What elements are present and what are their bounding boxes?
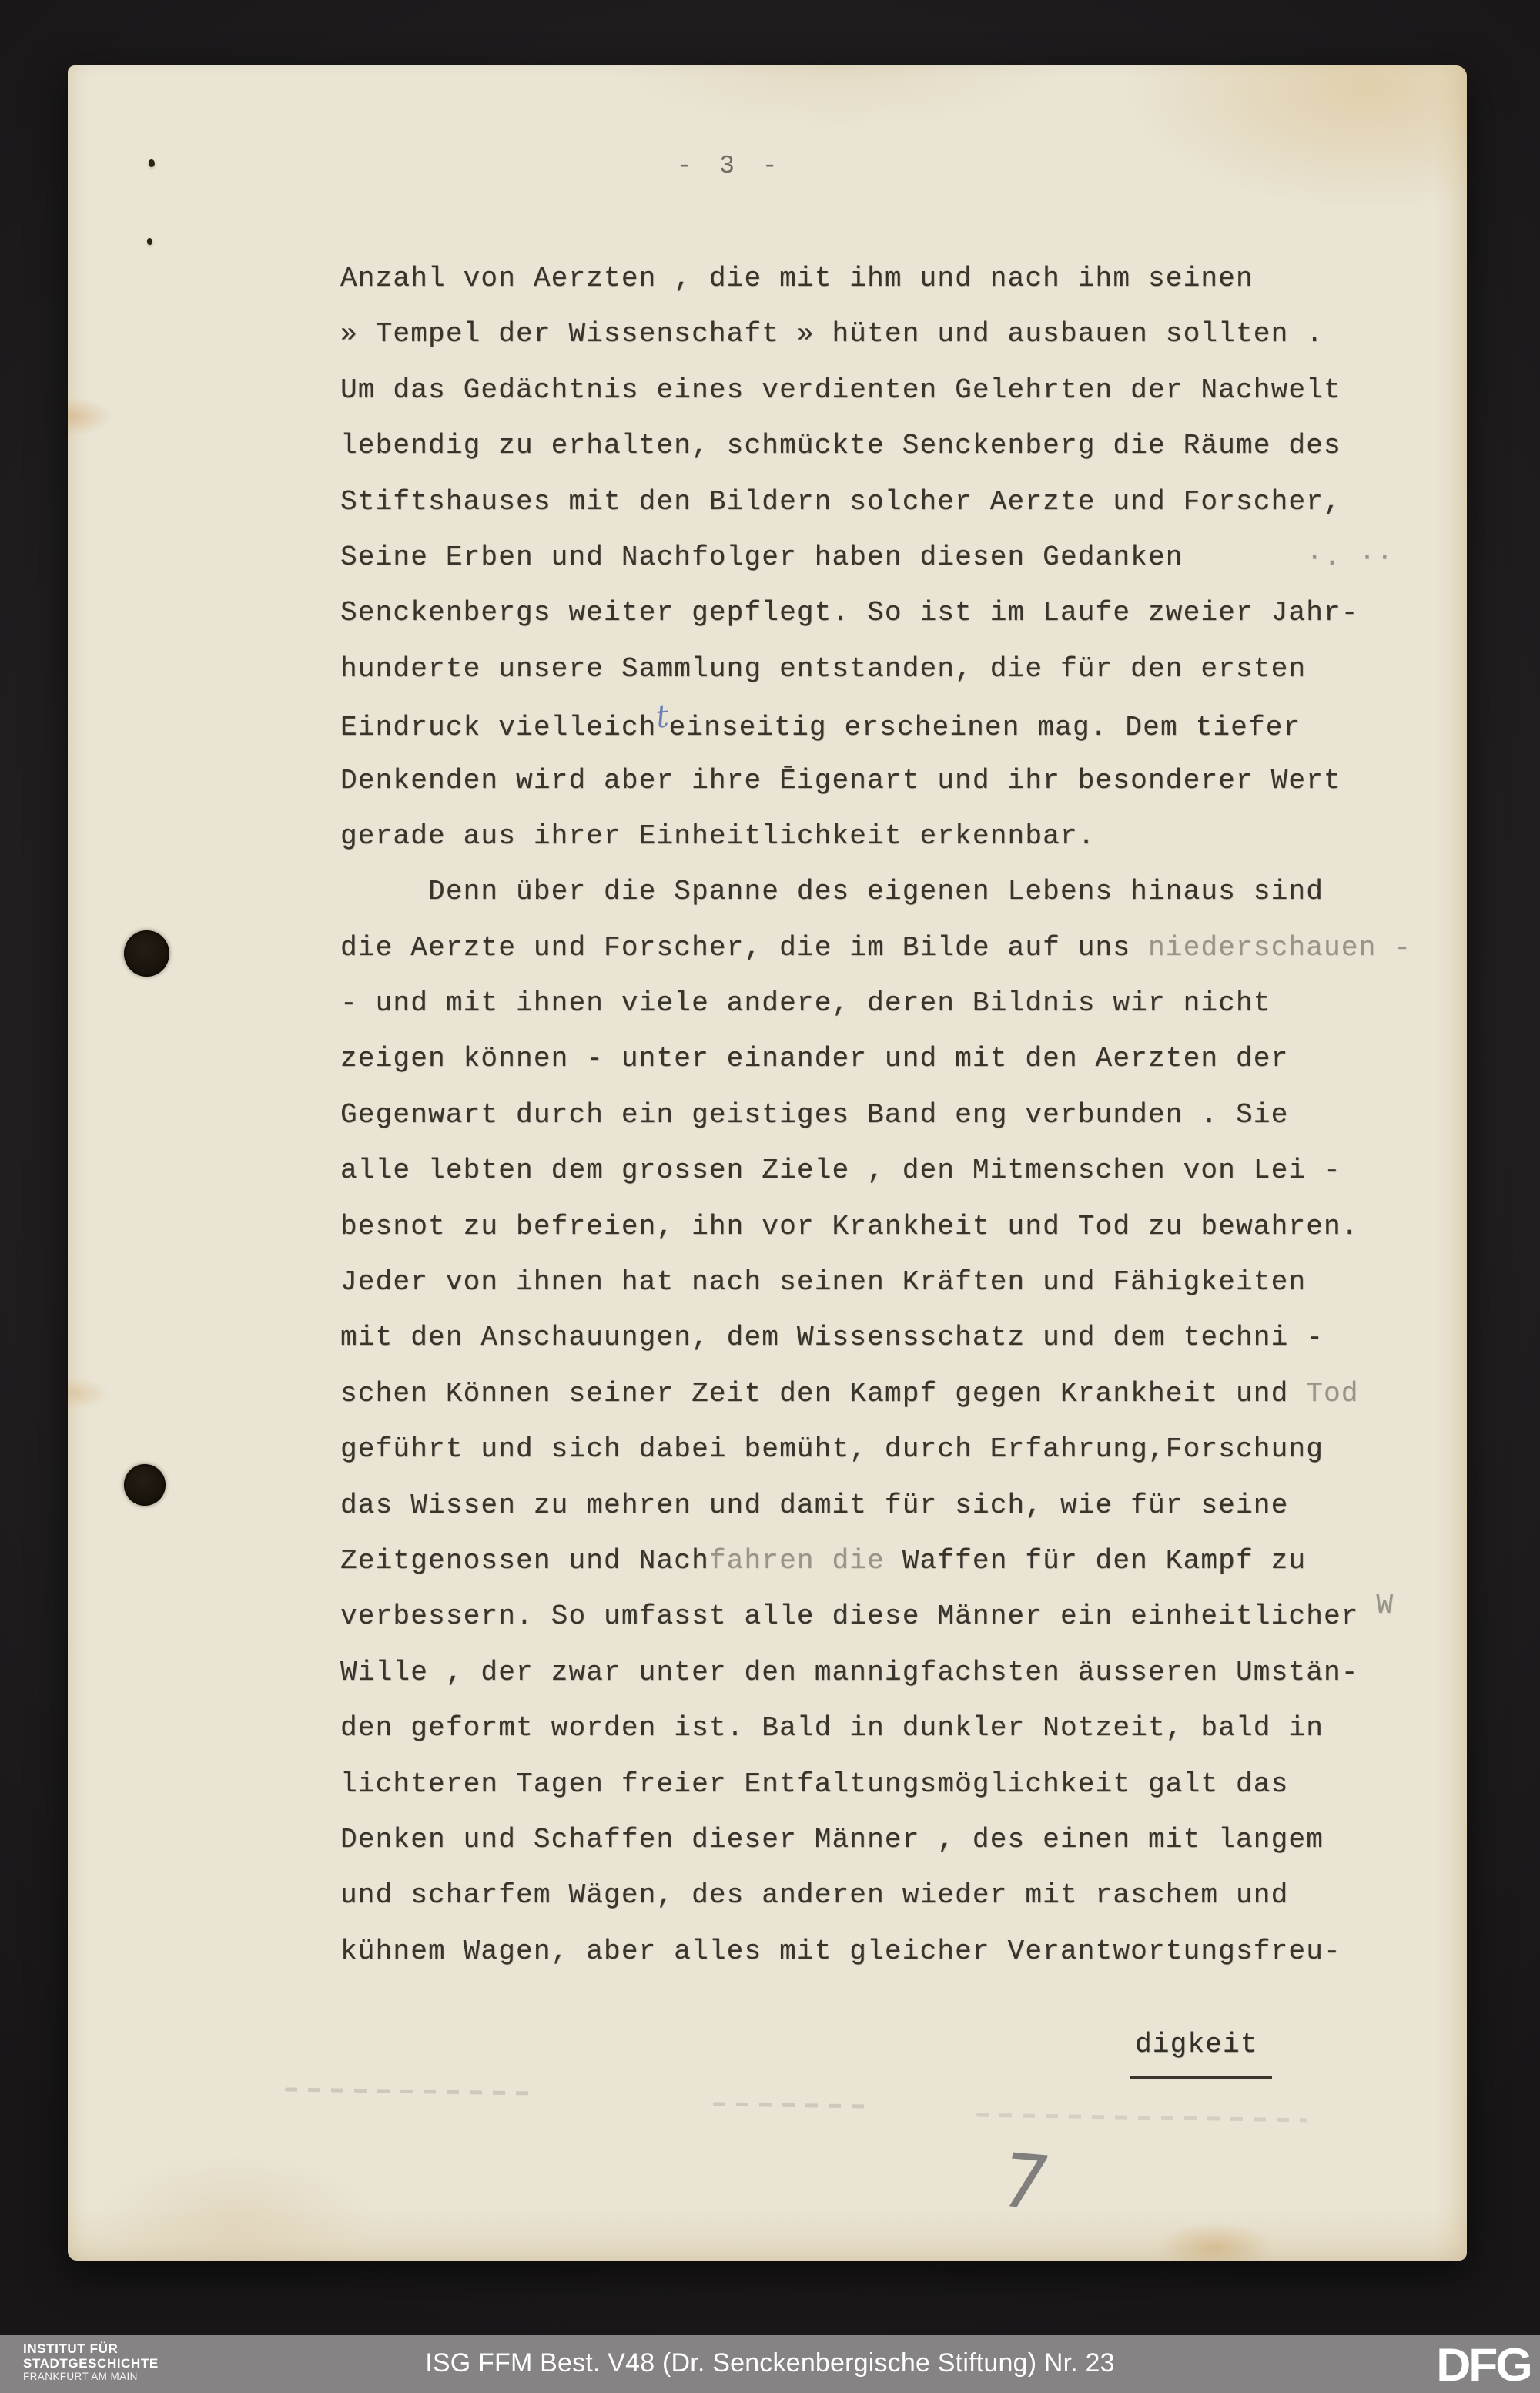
typed-line: mit den Anschauungen, dem Wissensschatz … xyxy=(340,1310,1465,1366)
typed-line: geführt und sich dabei bemüht, durch Erf… xyxy=(340,1422,1465,1477)
typed-line: schen Können seiner Zeit den Kampf gegen… xyxy=(340,1366,1465,1422)
typed-line: kühnem Wagen, aber alles mit gleicher Ve… xyxy=(340,1924,1465,1979)
typed-line: Zeitgenossen und Nachfahren die Waffen f… xyxy=(340,1533,1465,1589)
page-number: - 3 - xyxy=(653,152,807,180)
typed-line: lichteren Tagen freier Entfaltungsmöglic… xyxy=(340,1757,1465,1812)
typed-line: lebendig zu erhalten, schmückte Senckenb… xyxy=(340,418,1465,474)
typed-line: den geformt worden ist. Bald in dunkler … xyxy=(340,1701,1465,1756)
typed-line: Wille , der zwar unter den mannigfachste… xyxy=(340,1645,1465,1701)
typed-line: gerade aus ihrer Einheitlichkeit erkennb… xyxy=(340,809,1465,864)
typed-line: » Tempel der Wissenschaft » hüten und au… xyxy=(340,307,1465,362)
scan-viewer: - 3 - Anzahl von Aerzten , die mit ihm u… xyxy=(0,0,1540,2393)
typed-line: alle lebten dem grossen Ziele , den Mitm… xyxy=(340,1143,1465,1198)
pin-hole xyxy=(147,238,152,245)
typed-line: das Wissen zu mehren und damit für sich,… xyxy=(340,1478,1465,1533)
typed-line: Senckenbergs weiter gepflegt. So ist im … xyxy=(340,585,1465,641)
typed-line: Seine Erben und Nachfolger haben diesen … xyxy=(340,530,1465,585)
handwritten-page-number: 7 xyxy=(992,2137,1056,2227)
typed-line: Gegenwart durch ein geistiges Band eng v… xyxy=(340,1088,1465,1143)
typed-line: Um das Gedächtnis eines verdienten Geleh… xyxy=(340,363,1465,418)
typed-line: die Aerzte und Forscher, die im Bilde au… xyxy=(340,920,1465,976)
typed-line: verbessern. So umfasst alle diese Männer… xyxy=(340,1589,1465,1644)
archive-reference-caption: ISG FFM Best. V48 (Dr. Senckenbergische … xyxy=(0,2348,1540,2378)
typed-line: und scharfem Wägen, des anderen wieder m… xyxy=(340,1868,1465,1923)
carryover-word: digkeit xyxy=(1130,2017,1272,2079)
typed-line: Denn über die Spanne des eigenen Lebens … xyxy=(340,864,1465,920)
dfg-logo: DFG xyxy=(1437,2338,1531,2391)
typed-line: Denken und Schaffen dieser Männer , des … xyxy=(340,1812,1465,1868)
typed-line: Denkenden wird aber ihre Ēigenart und ih… xyxy=(340,753,1465,809)
typed-text: Anzahl von Aerzten , die mit ihm und nac… xyxy=(340,251,1465,1979)
typed-line: Anzahl von Aerzten , die mit ihm und nac… xyxy=(340,251,1465,307)
typed-line: Eindruck vielleichteinseitig erscheinen … xyxy=(340,697,1465,752)
document-page: - 3 - Anzahl von Aerzten , die mit ihm u… xyxy=(68,65,1467,2261)
pencil-smudge xyxy=(285,2087,539,2095)
punch-hole xyxy=(124,1464,166,1506)
typed-line: besnot zu befreien, ihn vor Krankheit un… xyxy=(340,1199,1465,1255)
pin-hole xyxy=(149,159,155,167)
typed-line: - und mit ihnen viele andere, deren Bild… xyxy=(340,976,1465,1031)
archive-footer-bar: INSTITUT FÜR STADTGESCHICHTE FRANKFURT A… xyxy=(0,2335,1540,2393)
typed-line: zeigen können - unter einander und mit d… xyxy=(340,1031,1465,1087)
pencil-smudge xyxy=(713,2102,875,2108)
typed-line: Jeder von ihnen hat nach seinen Kräften … xyxy=(340,1255,1465,1310)
typed-line: Stiftshauses mit den Bildern solcher Aer… xyxy=(340,474,1465,530)
punch-hole xyxy=(124,930,169,977)
typed-line: hunderte unsere Sammlung entstanden, die… xyxy=(340,642,1465,697)
pencil-smudge xyxy=(976,2113,1307,2123)
